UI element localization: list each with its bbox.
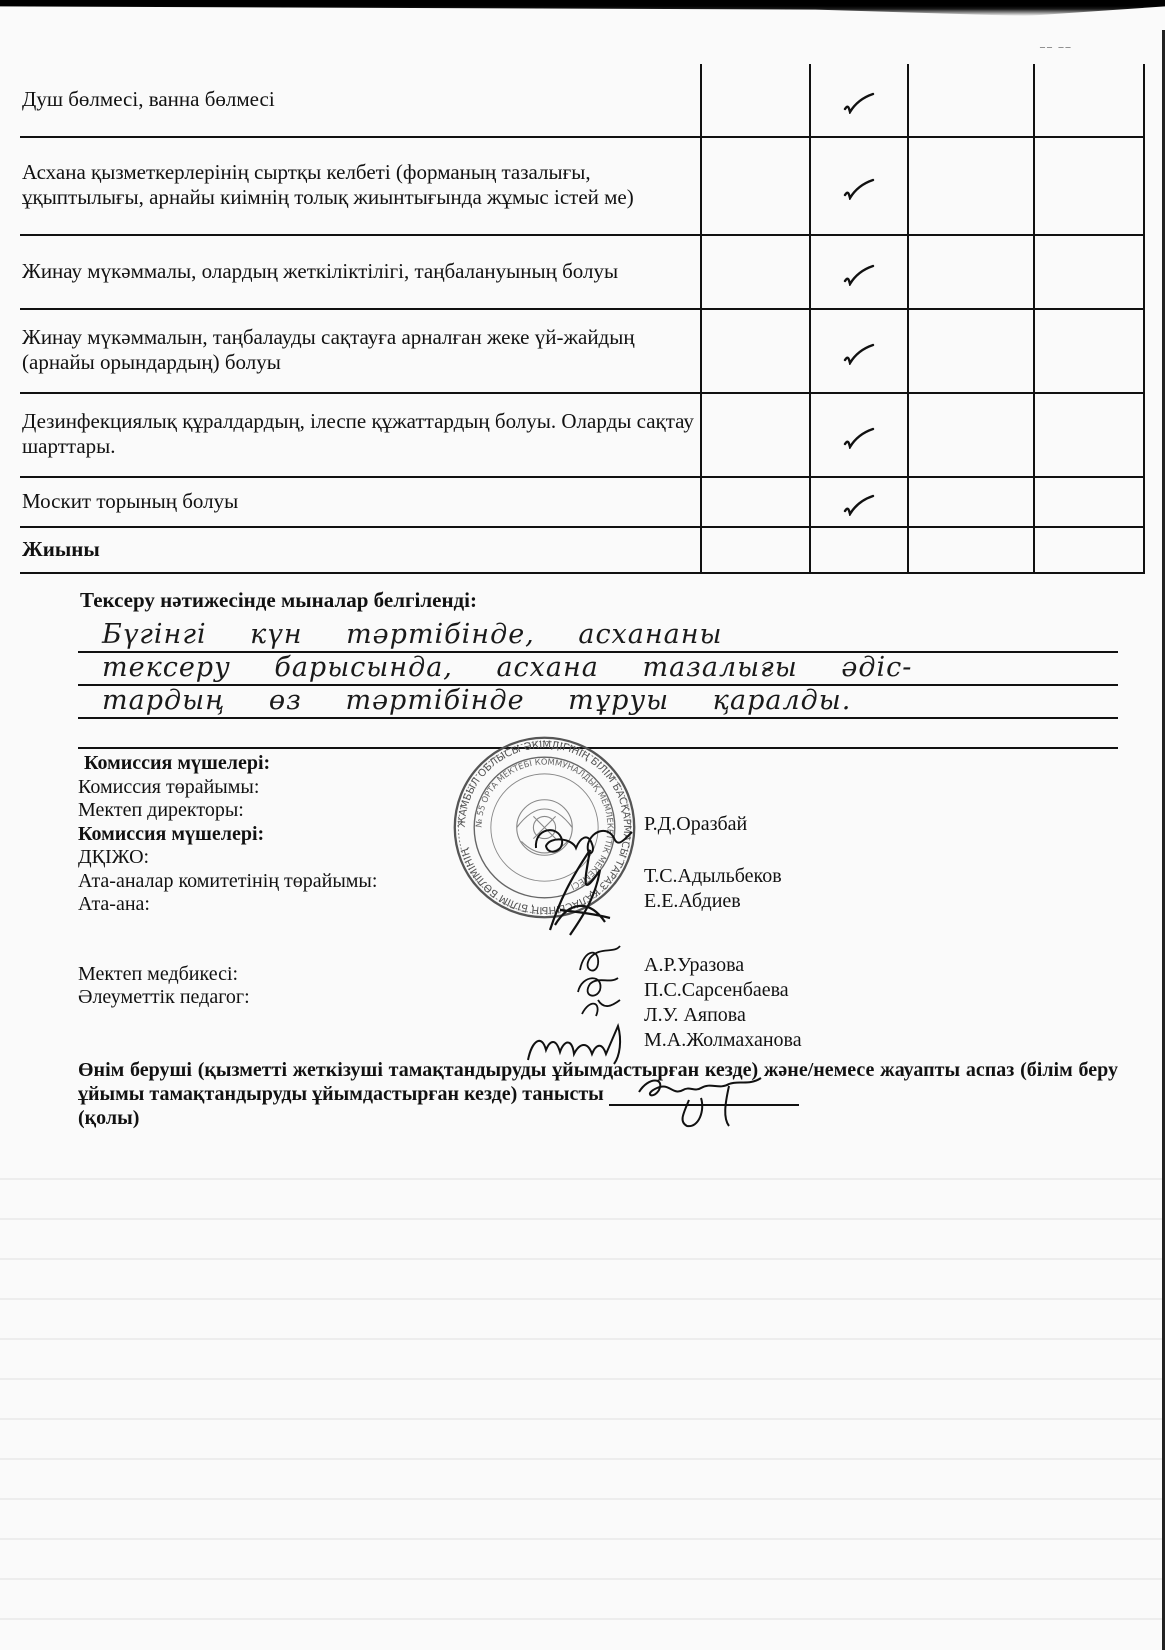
inspection-checklist-table: Душ бөлмесі, ванна бөлмесіАсхана қызметк…	[20, 64, 1145, 574]
check-cell	[1034, 137, 1144, 235]
checklist-row: Жиыны	[20, 527, 1144, 573]
check-cell	[908, 527, 1034, 573]
check-cell	[810, 477, 908, 527]
check-cell	[908, 64, 1034, 137]
check-cell	[810, 235, 908, 309]
handwritten-line: Бүгінгі күн тәртібінде, асхананы	[78, 620, 1118, 653]
check-cell	[1034, 309, 1144, 393]
signature-provider	[629, 1070, 789, 1130]
provider-text: Өнім беруші (қызметті жеткізуші тамақтан…	[78, 1059, 1118, 1105]
handwritten-findings: Бүгінгі күн тәртібінде, асхананы тексеру…	[78, 620, 1118, 749]
check-cell	[701, 393, 811, 477]
checkmark-icon	[842, 178, 876, 200]
check-cell	[810, 393, 908, 477]
check-cell	[1034, 527, 1144, 573]
role-label: Ата-ана:	[78, 893, 377, 917]
criterion-cell: Душ бөлмесі, ванна бөлмесі	[20, 64, 701, 137]
check-cell	[1034, 393, 1144, 477]
check-cell	[701, 235, 811, 309]
check-cell	[908, 137, 1034, 235]
check-cell	[810, 64, 908, 137]
check-cell	[701, 137, 811, 235]
checklist-row: Асхана қызметкерлерінің сыртқы келбеті (…	[20, 137, 1144, 235]
check-cell	[810, 309, 908, 393]
check-cell	[1034, 235, 1144, 309]
member-name: М.А.Жолмаханова	[644, 1028, 802, 1053]
check-cell	[908, 309, 1034, 393]
member-name: П.С.Сарсенбаева	[644, 978, 802, 1003]
provider-signature-caption: (қолы)	[78, 1107, 139, 1129]
checkmark-icon	[842, 494, 876, 516]
role-label: Ата-аналар комитетінің төрайымы:	[78, 870, 377, 894]
role-label: Комиссия мүшелері:	[78, 823, 377, 847]
member-name: А.Р.Уразова	[644, 953, 802, 978]
member-name: Р.Д.Оразбай	[644, 812, 782, 864]
check-cell	[701, 527, 811, 573]
criterion-cell: Жинау мүкәммалын, таңбалауды сақтауға ар…	[20, 309, 701, 393]
role-label: ДҚІЖО:	[78, 846, 377, 870]
checkmark-icon	[842, 427, 876, 449]
role-label: Мектеп директоры:	[78, 799, 377, 823]
checkmark-icon	[842, 92, 876, 114]
check-cell	[908, 477, 1034, 527]
commission-heading: Комиссия мүшелері:	[78, 752, 377, 776]
role-label: Мектеп медбикесі:	[78, 963, 377, 987]
corner-pen-mark: –– ––	[1040, 42, 1090, 50]
emblem-icon	[517, 800, 573, 856]
bleed-through-area	[0, 1140, 1165, 1650]
provider-signature-line	[609, 1084, 799, 1106]
role-label: Әлеуметтік педагог:	[78, 986, 377, 1010]
criterion-cell: Жинау мүкәммалы, олардың жеткіліктілігі,…	[20, 235, 701, 309]
member-name: Е.Е.Абдиев	[644, 889, 782, 914]
member-name: Т.С.Адыльбеков	[644, 864, 782, 889]
criterion-cell: Асхана қызметкерлерінің сыртқы келбеті (…	[20, 137, 701, 235]
handwritten-line: тардың өз тәртібінде тұруы қаралды.	[78, 686, 1118, 719]
checkmark-icon	[842, 343, 876, 365]
checklist-row: Жинау мүкәммалын, таңбалауды сақтауға ар…	[20, 309, 1144, 393]
member-name: Л.У. Аяпова	[644, 1003, 802, 1028]
role-label: Комиссия төрайымы:	[78, 776, 377, 800]
handwritten-line: тексеру барысында, асхана тазалығы әдіс-	[78, 653, 1118, 686]
check-cell	[810, 527, 908, 573]
official-stamp: ЖАМБЫЛ ОБЛЫСЫ ӘКІМДІГІНІҢ БІЛІМ БАСҚАРМА…	[452, 735, 637, 920]
check-cell	[908, 235, 1034, 309]
commission-block: Комиссия мүшелері: Комиссия төрайымы: Ме…	[78, 752, 377, 1010]
criterion-cell: Москит торының болуы	[20, 477, 701, 527]
checklist-row: Москит торының болуы	[20, 477, 1144, 527]
member-names-bottom: А.Р.Уразова П.С.Сарсенбаева Л.У. Аяпова …	[644, 953, 802, 1053]
check-cell	[701, 64, 811, 137]
check-cell	[1034, 477, 1144, 527]
member-names-top: Р.Д.Оразбай Т.С.Адыльбеков Е.Е.Абдиев	[644, 812, 782, 914]
check-cell	[810, 137, 908, 235]
criterion-cell: Дезинфекциялық құралдардың, ілеспе құжат…	[20, 393, 701, 477]
signature-members	[570, 940, 630, 1050]
criterion-cell: Жиыны	[20, 527, 701, 573]
check-cell	[701, 477, 811, 527]
checklist-row: Жинау мүкәммалы, олардың жеткіліктілігі,…	[20, 235, 1144, 309]
findings-title: Тексеру нәтижесінде мыналар белгіленді:	[80, 588, 477, 613]
check-cell	[1034, 64, 1144, 137]
checkmark-icon	[842, 264, 876, 286]
scan-top-edge	[0, 0, 1165, 16]
checklist-row: Дезинфекциялық құралдардың, ілеспе құжат…	[20, 393, 1144, 477]
provider-acknowledgement: Өнім беруші (қызметті жеткізуші тамақтан…	[78, 1058, 1118, 1130]
check-cell	[908, 393, 1034, 477]
checklist-row: Душ бөлмесі, ванна бөлмесі	[20, 64, 1144, 137]
check-cell	[701, 309, 811, 393]
